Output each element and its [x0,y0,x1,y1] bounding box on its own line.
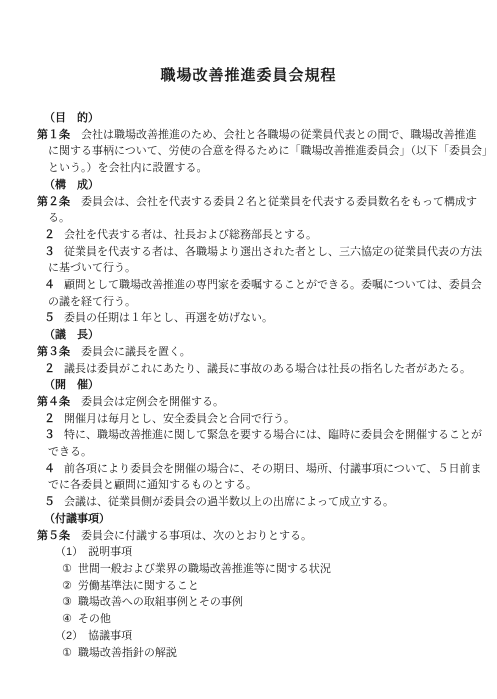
doc-line-heading: （開 催） [0,377,497,394]
line-text: 委員の任期は１年とし、再選を妨げない。 [64,312,273,324]
line-number: ５ [44,310,55,327]
line-text: 会社を代表する者は、社長および総務部長とする。 [64,229,317,241]
line-number: （1） [55,544,83,561]
line-number: 第５条 [37,528,70,545]
doc-line-item: ４顧問として職場改善推進の専門家を委嘱することができる。委嘱については、委員会 [0,277,497,294]
line-text: 職場改善指針の解説 [78,647,177,659]
document-page: 職場改善推進委員会規程 （目 的）第１条会社は職場改善推進のため、会社と各職場の… [0,0,497,699]
line-text: （目 的） [44,112,99,124]
line-number: 第３条 [37,344,70,361]
line-number: 第４条 [37,394,70,411]
doc-line-cont: でに各委員と顧問に通知するものとする。 [0,477,497,494]
line-text: という。）を会社内に設置する。 [48,162,208,174]
doc-line-heading: （目 的） [0,110,497,127]
doc-line-article: 第１条会社は職場改善推進のため、会社と各職場の従業員代表との間で、職場改善推進 [0,127,497,144]
doc-line-oitem: ④その他 [0,611,497,628]
doc-line-item: ３特に、職場改善推進に関して緊急を要する場合には、臨時に委員会を開催することが [0,427,497,444]
doc-line-oitem: ②労働基準法に関すること [0,578,497,595]
line-text: 協議事項 [88,630,132,642]
line-text: る。 [48,212,70,224]
doc-line-oitem: ①職場改善指針の解説 [0,645,497,662]
line-text: 説明事項 [88,546,132,558]
doc-line-article: 第３条委員会に議長を置く。 [0,344,497,361]
doc-line-heading: （付議事項） [0,511,497,528]
line-text: 職場改善への取組事例とその事例 [78,596,243,608]
line-text: 従業員を代表する者は、各職場より選出された者とし、三六協定の従業員代表の方法 [64,246,482,258]
doc-line-item: ２開催月は毎月とし、安全委員会と合同で行う。 [0,411,497,428]
doc-line-item: ２会社を代表する者は、社長および総務部長とする。 [0,227,497,244]
line-number: 第１条 [37,127,70,144]
line-text: に基づいて行う。 [48,262,136,274]
line-text: （議 長） [44,329,99,341]
line-text: 前各項により委員会を開催の場合に、その期日、場所、付議事項について、５日前ま [64,463,482,475]
line-text: （構 成） [44,179,99,191]
line-text: 顧問として職場改善推進の専門家を委嘱することができる。委嘱については、委員会 [64,279,482,291]
line-number: ３ [44,244,55,261]
line-number: ④ [62,611,72,628]
doc-line-article: 第２条委員会は、会社を代表する委員２名と従業員を代表する委員数名をもって構成す [0,194,497,211]
doc-line-article: 第５条委員会に付議する事項は、次のとおりとする。 [0,528,497,545]
doc-line-oitem: ③職場改善への取組事例とその事例 [0,594,497,611]
line-text: 委員会に議長を置く。 [81,346,191,358]
line-text: 特に、職場改善推進に関して緊急を要する場合には、臨時に委員会を開催することが [64,429,482,441]
line-text: 開催月は毎月とし、安全委員会と合同で行う。 [64,413,295,425]
line-number: ５ [44,494,55,511]
line-number: ４ [44,277,55,294]
doc-line-pitem: （2）協議事項 [0,628,497,645]
document-title: 職場改善推進委員会規程 [0,0,497,85]
doc-line-cont: という。）を会社内に設置する。 [0,160,497,177]
line-text: 労働基準法に関すること [78,580,199,592]
line-number: ① [62,561,72,578]
doc-line-cont: に関する事柄について、労使の合意を得るために「職場改善推進委員会」（以下「委員会… [0,143,497,160]
line-number: ② [62,578,72,595]
line-number: ２ [44,411,55,428]
line-text: 委員会は定例会を開催する。 [81,396,224,408]
doc-line-cont: る。 [0,210,497,227]
line-text: 会議は、従業員側が委員会の過半数以上の出席によって成立する。 [64,496,394,508]
line-text: でに各委員と顧問に通知するものとする。 [48,479,257,491]
line-text: 委員会に付議する事項は、次のとおりとする。 [81,530,312,542]
doc-line-cont: の議を経て行う。 [0,294,497,311]
line-number: ２ [44,227,55,244]
doc-line-article: 第４条委員会は定例会を開催する。 [0,394,497,411]
line-number: 第２条 [37,194,70,211]
line-number: ２ [44,361,55,378]
doc-line-item: ３従業員を代表する者は、各職場より選出された者とし、三六協定の従業員代表の方法 [0,244,497,261]
line-text: 会社は職場改善推進のため、会社と各職場の従業員代表との間で、職場改善推進 [81,129,476,141]
document-body: （目 的）第１条会社は職場改善推進のため、会社と各職場の従業員代表との間で、職場… [0,110,497,661]
doc-line-cont: できる。 [0,444,497,461]
line-number: ① [62,645,72,662]
doc-line-pitem: （1）説明事項 [0,544,497,561]
doc-line-heading: （構 成） [0,177,497,194]
line-text: （付議事項） [44,513,110,525]
doc-line-oitem: ①世間一般および業界の職場改善推進等に関する状況 [0,561,497,578]
line-number: ③ [62,594,72,611]
line-number: ３ [44,427,55,444]
doc-line-item: ２議長は委員がこれにあたり、議長に事故のある場合は社長の指名した者があたる。 [0,361,497,378]
line-text: 委員会は、会社を代表する委員２名と従業員を代表する委員数名をもって構成す [81,196,477,208]
line-text: その他 [78,613,111,625]
doc-line-item: ５会議は、従業員側が委員会の過半数以上の出席によって成立する。 [0,494,497,511]
line-text: に関する事柄について、労使の合意を得るために「職場改善推進委員会」（以下「委員会… [48,145,493,157]
line-text: （開 催） [44,379,99,391]
doc-line-item: ４前各項により委員会を開催の場合に、その期日、場所、付議事項について、５日前ま [0,461,497,478]
line-text: 議長は委員がこれにあたり、議長に事故のある場合は社長の指名した者があたる。 [64,363,471,375]
doc-line-heading: （議 長） [0,327,497,344]
line-text: の議を経て行う。 [48,296,136,308]
doc-line-cont: に基づいて行う。 [0,260,497,277]
line-number: ４ [44,461,55,478]
line-text: 世間一般および業界の職場改善推進等に関する状況 [78,563,331,575]
line-number: （2） [55,628,83,645]
line-text: できる。 [48,446,92,458]
doc-line-item: ５委員の任期は１年とし、再選を妨げない。 [0,310,497,327]
